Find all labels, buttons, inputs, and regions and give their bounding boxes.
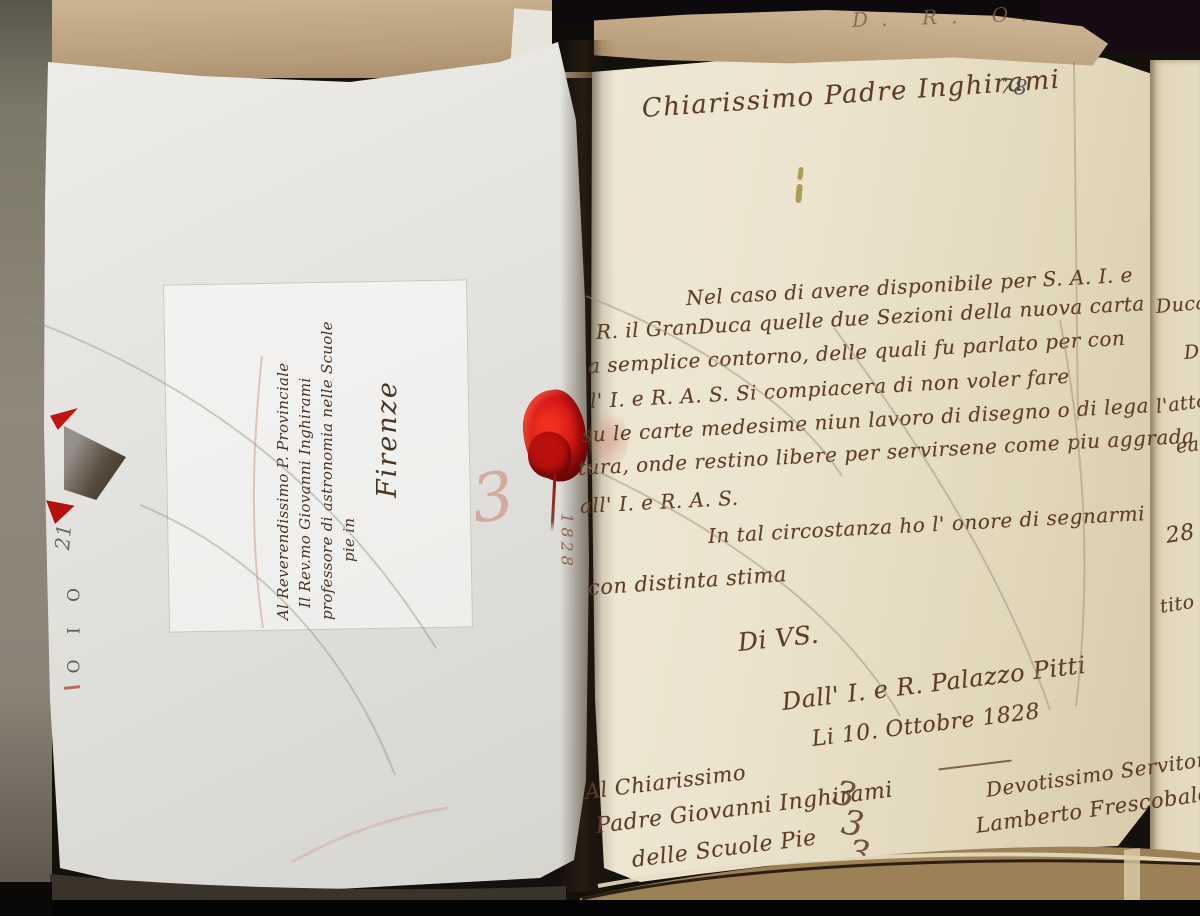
edge-fragment: 28 [1164, 520, 1197, 549]
gutter-year: 1828 [558, 487, 577, 597]
address-line: Al Reverendissimo P. Provinciale [272, 290, 294, 620]
address-line: pie in [338, 290, 360, 562]
page-number: 78 [999, 74, 1028, 100]
address-city: Firenze [372, 290, 403, 498]
background-bottom [0, 900, 1200, 916]
manuscript-photo: Al Reverendissimo P. Provinciale Il Rev.… [0, 0, 1200, 916]
edge-fragment: Di [1183, 340, 1200, 364]
edge-fragment: ea [1175, 433, 1200, 458]
brace-flourish: 3 [845, 832, 872, 875]
edge-mark: 21 [50, 523, 76, 551]
address-line: professore di astronomia nelle Scuole [316, 290, 338, 620]
edge-mark: O I O [62, 588, 82, 683]
left-page-address-block: Al Reverendissimo P. Provinciale Il Rev.… [272, 290, 422, 620]
background-bottom [0, 882, 52, 916]
book-edge-strip [0, 0, 52, 916]
edge-fragment: Duca [1155, 292, 1200, 318]
address-line: Il Rev.mo Giovanni Inghirami [294, 290, 316, 608]
